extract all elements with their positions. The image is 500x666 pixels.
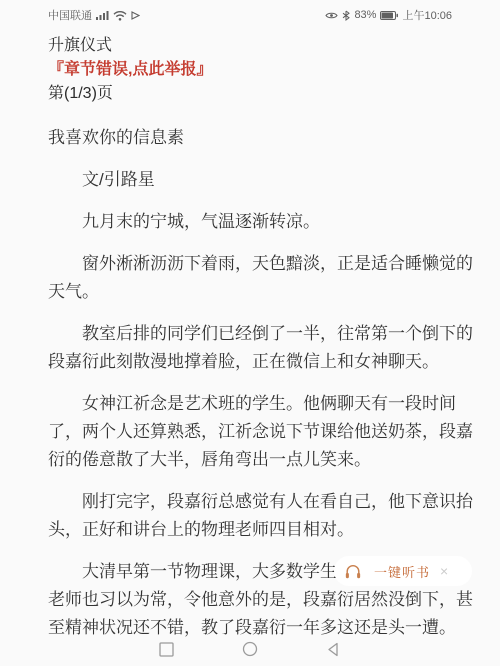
paragraph-line: 窗外淅淅沥沥下着雨，天色黯淡，正是适合睡懒觉的 [48, 250, 455, 278]
paragraph-line: 老师也习以为常，令他意外的是，段嘉衍居然没倒下，甚 [48, 586, 455, 614]
paragraph-line: 衍的倦意散了大半，唇角弯出一点儿笑来。 [48, 446, 455, 474]
paragraph-line: 女神江祈念是艺术班的学生。他俩聊天有一段时间 [48, 390, 455, 418]
wifi-icon [113, 10, 127, 21]
book-title: 我喜欢你的信息素 [48, 124, 455, 152]
home-button[interactable] [242, 641, 258, 657]
paragraph-line: 教室后排的同学们已经倒了一半，往常第一个倒下的 [48, 320, 455, 348]
headphones-icon [344, 563, 362, 580]
paragraph: 女神江祈念是艺术班的学生。他俩聊天有一段时间 了，两个人还算熟悉，江祈念说下节课… [48, 390, 455, 474]
paragraph: 刚打完字，段嘉衍总感觉有人在看自己，他下意识抬 头，正好和讲台上的物理老师四目相… [48, 488, 455, 544]
paragraph: 窗外淅淅沥沥下着雨，天色黯淡，正是适合睡懒觉的 天气。 [48, 250, 455, 306]
report-error-link[interactable]: 『章节错误,点此举报』 [48, 58, 455, 82]
carrier-label: 中国联通 [48, 7, 92, 23]
listen-book-label: 一键听书 [374, 562, 430, 581]
data-arrow-icon [131, 11, 140, 20]
battery-icon [380, 11, 398, 20]
paragraph-line: 头，正好和讲台上的物理老师四目相对。 [48, 516, 455, 544]
author-line: 文/引路星 [48, 166, 455, 194]
battery-percent: 83% [354, 9, 376, 21]
close-icon[interactable]: × [440, 564, 448, 578]
status-bar: 中国联通 83% 上午10:06 [0, 0, 500, 26]
back-button[interactable] [326, 642, 341, 657]
paragraph-line: 了，两个人还算熟悉，江祈念说下节课给他送奶茶，段嘉 [48, 418, 455, 446]
android-nav-bar [0, 632, 500, 666]
page-indicator: 第(1/3)页 [48, 82, 455, 106]
paragraph-line: 刚打完字，段嘉衍总感觉有人在看自己，他下意识抬 [48, 488, 455, 516]
paragraph: 教室后排的同学们已经倒了一半，往常第一个倒下的 段嘉衍此刻散漫地撑着脸，正在微信… [48, 320, 455, 376]
recents-button[interactable] [159, 642, 174, 657]
signal-icon [96, 10, 109, 20]
eye-comfort-icon [325, 11, 338, 20]
bluetooth-icon [342, 10, 350, 21]
clock-label: 上午10:06 [402, 7, 452, 23]
listen-book-button[interactable]: 一键听书 × [334, 556, 472, 586]
chapter-title: 升旗仪式 [48, 34, 455, 58]
paragraph-line: 天气。 [48, 278, 455, 306]
paragraph: 九月末的宁城，气温逐渐转凉。 [48, 208, 455, 236]
paragraph-line: 九月末的宁城，气温逐渐转凉。 [48, 208, 455, 236]
paragraph-line: 段嘉衍此刻散漫地撑着脸，正在微信上和女神聊天。 [48, 348, 455, 376]
